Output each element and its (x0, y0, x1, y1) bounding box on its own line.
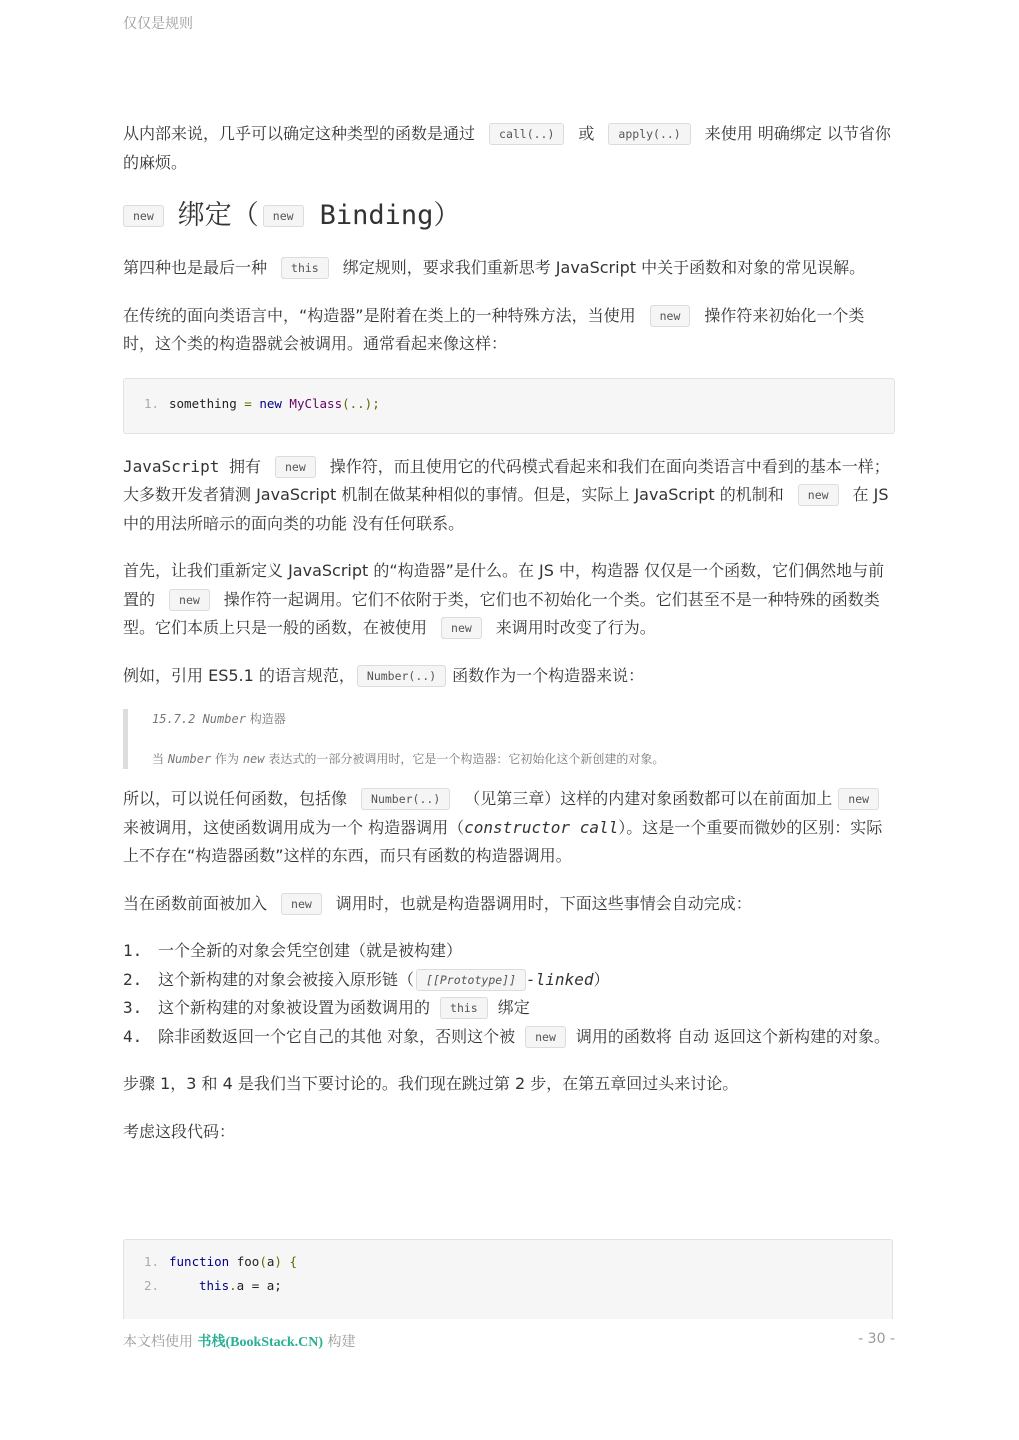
text: 调用的函数将 自动 返回这个新构建的对象。 (576, 1027, 890, 1046)
inline-code-number: Number(..) (361, 788, 450, 810)
list-number: 3. (123, 994, 142, 1023)
text: 或 (578, 124, 594, 143)
line-number: 2. (144, 1274, 169, 1298)
list-item: 4.除非函数返回一个它自己的其他 对象，否则这个被new调用的函数将 自动 返回… (123, 1023, 895, 1052)
code-token: ( (259, 1254, 267, 1269)
footer-text: 构建 (323, 1334, 355, 1350)
bookstack-link[interactable]: 书栈(BookStack.CN) (197, 1335, 323, 1350)
emphasis: new (243, 752, 265, 766)
inline-code-new: new (169, 589, 210, 611)
inline-code-new: new (798, 484, 839, 506)
inline-code-new: new (281, 893, 322, 915)
inline-code-new: new (650, 305, 691, 327)
text: 这个新构建的对象被设置为函数调用的 (158, 998, 430, 1017)
code-token: = (237, 396, 260, 411)
document-content: 从内部来说，几乎可以确定这种类型的函数是通过call(..)或apply(..)… (123, 120, 895, 1165)
code-token: a = a; (237, 1278, 282, 1293)
blockquote-title: 15.7.2 Number 构造器 (152, 709, 895, 729)
list-item: 3.这个新构建的对象被设置为函数调用的this绑定 (123, 994, 895, 1023)
text: 一个全新的对象会凭空创建（就是被构建） (158, 941, 462, 960)
code-token: function (169, 1254, 229, 1269)
text: 函数作为一个构造器来说： (452, 666, 644, 685)
emphasis: constructor call (464, 818, 618, 837)
page-footer: 本文档使用 书栈(BookStack.CN) 构建 - 30 - (123, 1331, 895, 1351)
inline-code-new: new (441, 617, 482, 639)
text: 当在函数前面被加入 (123, 894, 267, 913)
text: 作为 (211, 752, 243, 766)
text: 绑定 (498, 998, 530, 1017)
inline-code-new: new (123, 205, 164, 227)
text: 来被调用，这使函数调用成为一个 构造器调用（ (123, 818, 464, 837)
inline-code-new: new (275, 456, 316, 478)
text: 调用时，也就是构造器调用时，下面这些事情会自动完成： (336, 894, 752, 913)
paragraph-es51-spec: 例如，引用 ES5.1 的语言规范，Number(..)函数作为一个构造器来说： (123, 662, 895, 691)
line-number: 1. (144, 392, 169, 416)
code-token: ) { (274, 1254, 297, 1269)
code-line: 1.function foo(a) { (144, 1250, 872, 1274)
paragraph-redefine-constructor: 首先，让我们重新定义 JavaScript 的“构造器”是什么。在 JS 中，构… (123, 557, 895, 643)
code-token: something (169, 396, 237, 411)
code-token: new (259, 396, 282, 411)
text: 在传统的面向类语言中，“构造器”是附着在类上的一种特殊方法，当使用 (123, 306, 636, 325)
text: ） (593, 970, 609, 989)
section-heading-new-binding: new绑定（newBinding） (123, 196, 895, 236)
text: （见第三章）这样的内建对象函数都可以在前面加上 (464, 789, 832, 808)
text: 当 (152, 752, 168, 766)
text: 这个新构建的对象会被接入原形链（ (158, 970, 414, 989)
text: 例如，引用 ES5.1 的语言规范， (123, 666, 355, 685)
list-number: 1. (123, 937, 142, 966)
inline-code-this: this (440, 997, 488, 1019)
heading-text: 绑定（ (178, 200, 259, 231)
paragraph-explicit-binding: 从内部来说，几乎可以确定这种类型的函数是通过call(..)或apply(..)… (123, 120, 895, 177)
text: 来调用时改变了行为。 (496, 618, 656, 637)
inline-code-prototype: [[Prototype]] (416, 969, 526, 991)
blockquote-body: 当 Number 作为 new 表达式的一部分被调用时，它是一个构造器：它初始化… (152, 749, 895, 769)
paragraph-steps-discussion: 步骤 1，3 和 4 是我们当下要讨论的。我们现在跳过第 2 步，在第五章回过头… (123, 1070, 895, 1099)
emphasis: 15.7.2 Number (152, 712, 246, 726)
footer-credit: 本文档使用 书栈(BookStack.CN) 构建 (123, 1331, 356, 1351)
inline-code-new: new (838, 788, 879, 810)
text: 第四种也是最后一种 (123, 258, 267, 277)
paragraph-new-steps-intro: 当在函数前面被加入new调用时，也就是构造器调用时，下面这些事情会自动完成： (123, 890, 895, 919)
heading-text: Binding） (320, 200, 461, 231)
text: 构造器 (246, 712, 286, 726)
footer-text: 本文档使用 (123, 1334, 197, 1350)
code-token: MyClass (289, 396, 342, 411)
text: JavaScript 拥有 (123, 457, 261, 476)
inline-code-call: call(..) (489, 123, 564, 145)
code-block-myclass: 1.something = new MyClass(..); (123, 378, 895, 434)
inline-code-apply: apply(..) (608, 123, 690, 145)
text: 所以，可以说任何函数，包括像 (123, 789, 347, 808)
list-item: 1.一个全新的对象会凭空创建（就是被构建） (123, 937, 895, 966)
text: 除非函数返回一个它自己的其他 对象，否则这个被 (158, 1027, 515, 1046)
running-header-title: 仅仅是规则 (123, 13, 193, 33)
code-line: 1.something = new MyClass(..); (144, 392, 874, 416)
code-token: . (229, 1278, 237, 1293)
paragraph-fourth-rule: 第四种也是最后一种this绑定规则，要求我们重新思考 JavaScript 中关… (123, 254, 895, 283)
inline-code-new: new (525, 1026, 566, 1048)
paragraph-javascript-new: JavaScript 拥有new操作符，而且使用它的代码模式看起来和我们在面向类… (123, 453, 895, 539)
list-number: 2. (123, 966, 142, 995)
inline-code-number: Number(..) (357, 665, 446, 687)
text: 从内部来说，几乎可以确定这种类型的函数是通过 (123, 124, 475, 143)
code-token: (..); (342, 396, 380, 411)
list-number: 4. (123, 1023, 142, 1052)
paragraph-constructor-call: 所以，可以说任何函数，包括像Number(..)（见第三章）这样的内建对象函数都… (123, 785, 895, 871)
code-block-foo: 1.function foo(a) { 2.this.a = a; (123, 1239, 893, 1319)
code-line: 2.this.a = a; (144, 1274, 872, 1298)
page-number: - 30 - (858, 1331, 895, 1351)
code-token: this (199, 1278, 229, 1293)
constructor-steps-list: 1.一个全新的对象会凭空创建（就是被构建） 2.这个新构建的对象会被接入原形链（… (123, 937, 895, 1051)
inline-code-this: this (281, 257, 329, 279)
emphasis: Number (168, 752, 211, 766)
paragraph-traditional-constructor: 在传统的面向类语言中，“构造器”是附着在类上的一种特殊方法，当使用new操作符来… (123, 302, 895, 359)
text: 考虑这段代码： (123, 1122, 235, 1141)
emphasis: -linked (526, 970, 593, 989)
text: 步骤 1，3 和 4 是我们当下要讨论的。我们现在跳过第 2 步，在第五章回过头… (123, 1074, 738, 1093)
inline-code-new: new (263, 205, 304, 227)
line-number: 1. (144, 1250, 169, 1274)
text: 绑定规则，要求我们重新思考 JavaScript 中关于函数和对象的常见误解。 (343, 258, 865, 277)
list-item: 2.这个新构建的对象会被接入原形链（[[Prototype]]-linked） (123, 966, 895, 995)
spec-blockquote: 15.7.2 Number 构造器 当 Number 作为 new 表达式的一部… (123, 709, 895, 769)
paragraph-consider-code: 考虑这段代码： (123, 1118, 895, 1147)
code-token: foo (229, 1254, 259, 1269)
text: 表达式的一部分被调用时，它是一个构造器：它初始化这个新创建的对象。 (265, 752, 665, 766)
